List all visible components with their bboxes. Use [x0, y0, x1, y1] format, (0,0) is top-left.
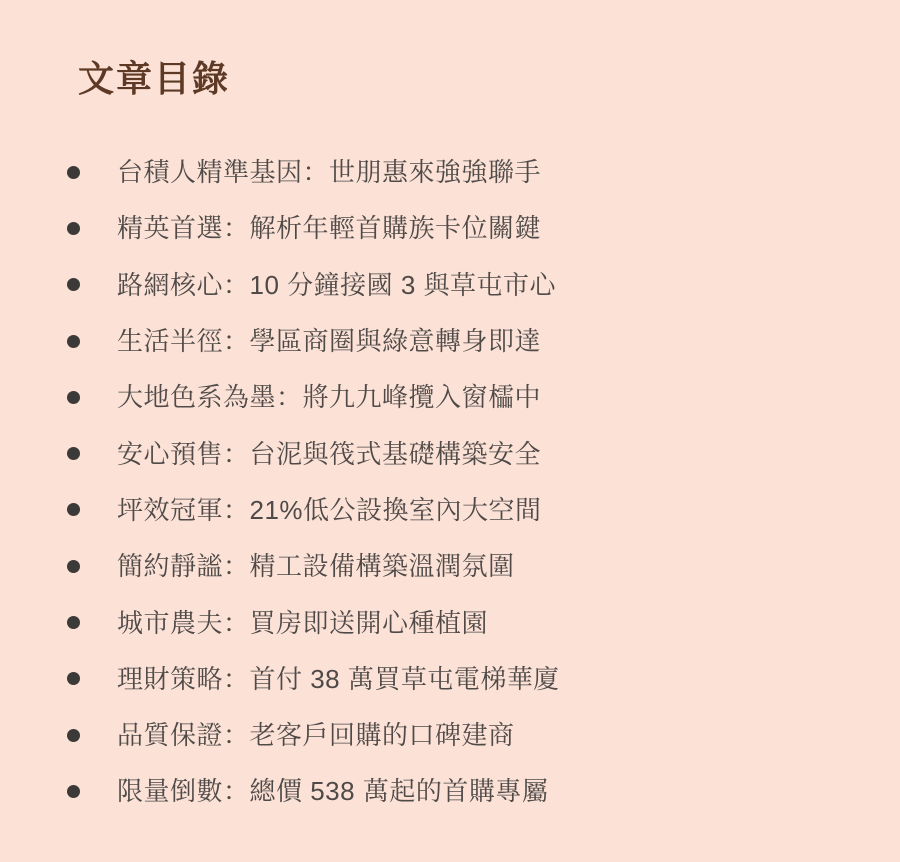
bullet-icon — [67, 391, 80, 404]
bullet-icon — [67, 503, 80, 516]
toc-link[interactable]: 大地色系為墨：將九九峰攬入窗櫺中 — [117, 384, 541, 410]
toc-link[interactable]: 坪效冠軍：21%低公設換室內大空間 — [117, 497, 542, 523]
bullet-icon — [67, 222, 80, 235]
toc-link[interactable]: 路網核心：10 分鐘接國 3 與草屯市心 — [117, 272, 556, 298]
toc-item: 理財策略：首付 38 萬買草屯電梯華廈 — [0, 651, 900, 707]
toc-list: 台積人精準基因：世朋惠來強強聯手 精英首選：解析年輕首購族卡位關鍵 路網核心：1… — [0, 144, 900, 820]
bullet-icon — [67, 447, 80, 460]
toc-link[interactable]: 限量倒數：總價 538 萬起的首購專屬 — [117, 778, 548, 804]
toc-link[interactable]: 品質保證：老客戶回購的口碑建商 — [117, 722, 515, 748]
page-title: 文章目錄 — [78, 58, 230, 99]
toc-link[interactable]: 簡約靜謐：精工設備構築溫潤氛圍 — [117, 553, 515, 579]
toc-link[interactable]: 精英首選：解析年輕首購族卡位關鍵 — [117, 215, 541, 241]
toc-link[interactable]: 理財策略：首付 38 萬買草屯電梯華廈 — [117, 666, 560, 692]
bullet-icon — [67, 278, 80, 291]
toc-link[interactable]: 安心預售：台泥與筏式基礎構築安全 — [117, 441, 541, 467]
toc-item: 品質保證：老客戶回購的口碑建商 — [0, 707, 900, 763]
toc-item: 城市農夫：買房即送開心種植園 — [0, 594, 900, 650]
bullet-icon — [67, 560, 80, 573]
toc-link[interactable]: 生活半徑：學區商圈與綠意轉身即達 — [117, 328, 541, 354]
toc-item: 大地色系為墨：將九九峰攬入窗櫺中 — [0, 369, 900, 425]
bullet-icon — [67, 166, 80, 179]
bullet-icon — [67, 785, 80, 798]
bullet-icon — [67, 672, 80, 685]
bullet-icon — [67, 616, 80, 629]
toc-item: 安心預售：台泥與筏式基礎構築安全 — [0, 425, 900, 481]
toc-item: 精英首選：解析年輕首購族卡位關鍵 — [0, 200, 900, 256]
toc-item: 台積人精準基因：世朋惠來強強聯手 — [0, 144, 900, 200]
article-toc-section: 文章目錄 台積人精準基因：世朋惠來強強聯手 精英首選：解析年輕首購族卡位關鍵 路… — [0, 0, 900, 862]
toc-item: 生活半徑：學區商圈與綠意轉身即達 — [0, 313, 900, 369]
toc-item: 路網核心：10 分鐘接國 3 與草屯市心 — [0, 257, 900, 313]
toc-link[interactable]: 城市農夫：買房即送開心種植園 — [117, 610, 488, 636]
bullet-icon — [67, 335, 80, 348]
toc-item: 簡約靜謐：精工設備構築溫潤氛圍 — [0, 538, 900, 594]
toc-item: 限量倒數：總價 538 萬起的首購專屬 — [0, 763, 900, 819]
bullet-icon — [67, 729, 80, 742]
toc-link[interactable]: 台積人精準基因：世朋惠來強強聯手 — [117, 159, 541, 185]
toc-item: 坪效冠軍：21%低公設換室內大空間 — [0, 482, 900, 538]
